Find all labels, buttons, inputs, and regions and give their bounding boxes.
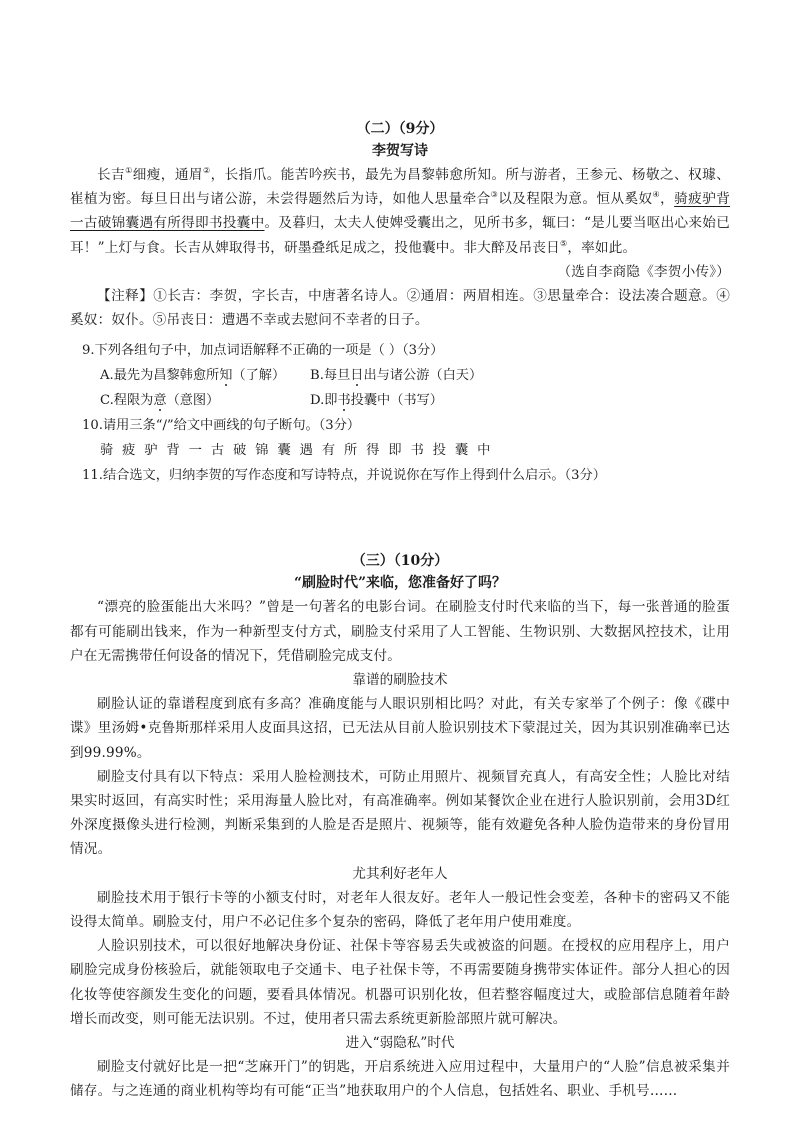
question-9-options-row2: C.程限为意（意图） D.即书投囊中（书写）: [70, 388, 730, 413]
option-c: C.程限为意（意图）: [100, 388, 310, 413]
question-10-sentence: 骑疲驴背一古破锦囊遇有所得即书投囊中: [70, 438, 730, 463]
section-3-header: （三）（10分）: [70, 550, 730, 572]
option-d: D.即书投囊中（书写）: [310, 388, 510, 413]
note-marker: ④: [653, 190, 661, 199]
emphasis-dot-word: 意: [153, 393, 166, 408]
text: ，率如此。: [567, 240, 636, 256]
emphasis-dot-word: 书: [337, 393, 350, 408]
question-9-options-row1: A.最先为昌黎韩愈所知（了解） B.每旦日出与诸公游（白天）: [70, 363, 730, 388]
article-paragraph: 人脸识别技术，可以很好地解决身份证、社保卡等容易丢失或被盗的问题。在授权的应用程…: [70, 934, 730, 1031]
article-paragraph: 刷脸支付就好比是一把“芝麻开门”的钥匙，开启系统进入应用过程中，大量用户的“人脸…: [70, 1055, 730, 1103]
text: 细瘦，通眉: [133, 167, 203, 183]
subsection-heading: 靠谱的刷脸技术: [70, 668, 730, 692]
article-paragraph: 刷脸认证的靠谱程度到底有多高？准确度能与人眼识别相比吗？对此，有关专家举了个例子…: [70, 692, 730, 765]
passage-source: （选自李商隐《李贺小传》）: [70, 260, 730, 284]
text: 长吉: [97, 167, 125, 183]
article-paragraph: 刷脸支付具有以下特点：采用人脸检测技术，可防止用照片、视频冒充真人，有高安全性；…: [70, 765, 730, 862]
option-a: A.最先为昌黎韩愈所知（了解）: [100, 363, 310, 388]
section-2-title: 李贺写诗: [70, 140, 730, 162]
option-b: B.每旦日出与诸公游（白天）: [310, 363, 510, 388]
annotation-notes: 【注释】①长吉：李贺，字长吉，中唐著名诗人。②通眉：两眉相连。③思量牵合：设法凑…: [70, 284, 730, 332]
classical-passage: 长吉①细瘦，通眉②，长指爪。能苦吟疾书，最先为昌黎韩愈所知。所与游者，王参元、杨…: [70, 163, 730, 260]
question-11-stem: 11.结合选文，归纳李贺的写作态度和写诗特点，并说说你在写作上得到什么启示。（3…: [70, 463, 730, 488]
emphasis-dot-word: 日: [350, 368, 363, 383]
subsection-heading: 尤其利好老年人: [70, 862, 730, 886]
question-9-stem: 9.下列各组句子中，加点词语解释不正确的一项是（ ）（3分）: [70, 338, 730, 363]
text: ，: [660, 191, 674, 207]
section-3-title: “刷脸时代”来临，您准备好了吗？: [70, 572, 730, 594]
article-intro: “漂亮的脸蛋能出大米吗？”曾是一句著名的电影台词。在刷脸支付时代来临的当下，每一…: [70, 595, 730, 668]
subsection-heading: 进入“弱隐私”时代: [70, 1031, 730, 1055]
question-10-stem: 10.请用三条“/”给文中画线的句子断句。（3分）: [70, 413, 730, 438]
section-2-header: （二）（9分）: [70, 118, 730, 140]
note-marker: ②: [203, 166, 211, 175]
article-paragraph: 刷脸技术用于银行卡等的小额支付时，对老年人很友好。老年人一般记性会变差，各种卡的…: [70, 886, 730, 934]
text: 以及程限为意。恒从奚奴: [498, 191, 652, 207]
emphasis-dot-word: 知: [219, 368, 232, 383]
note-marker: ①: [125, 166, 133, 175]
exam-page: （二）（9分） 李贺写诗 长吉①细瘦，通眉②，长指爪。能苦吟疾书，最先为昌黎韩愈…: [70, 118, 730, 1104]
